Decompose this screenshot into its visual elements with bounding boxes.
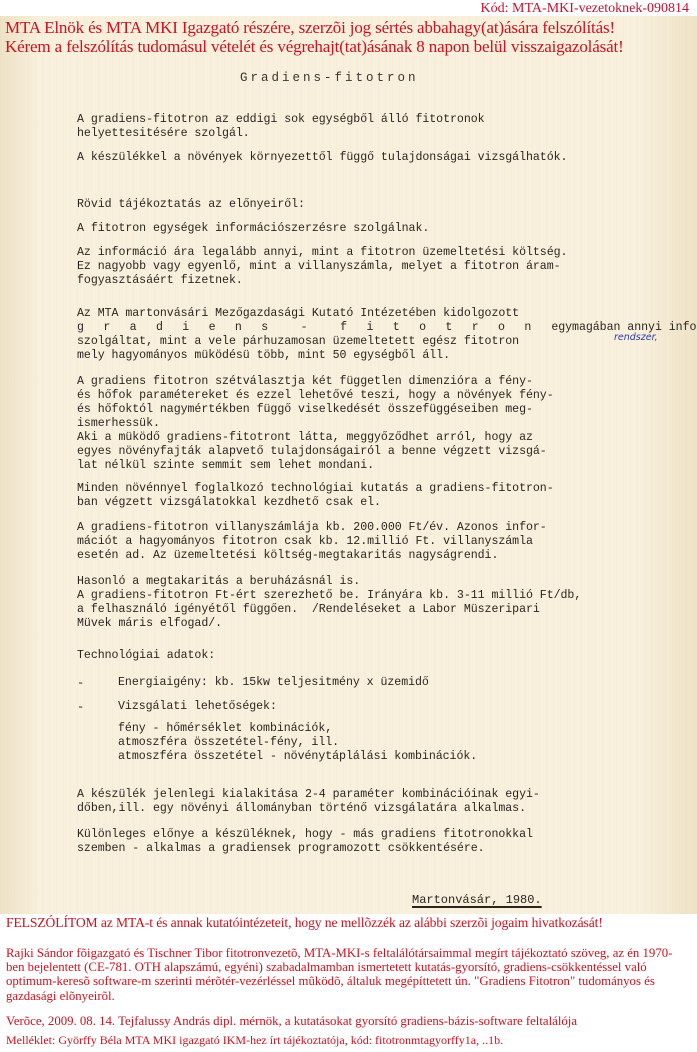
- spaced-title: g r a d i e n s - f i t o t r o n: [77, 321, 538, 334]
- text-line: Ez nagyobb vagy egyenlő, mint a villanys…: [77, 260, 677, 274]
- place-date-signature: Martonvásár, 1980.: [412, 893, 542, 907]
- text-line: ban végzett vizsgálatokkal kezdhető csak…: [77, 496, 677, 510]
- text-line: mely hagyományos müködésü több, mint 50 …: [77, 349, 677, 363]
- text-line: és hőfok paramétereket és ezzel lehetővé…: [77, 389, 677, 403]
- footer-attachment: Melléklet: Györffy Béla MTA MKI igazgató…: [6, 1033, 696, 1048]
- text-line: lat nélkül szinte semmit sem lehet monda…: [77, 459, 677, 473]
- text-line: A készülék jelenlegi kialakitása 2-4 par…: [77, 788, 677, 802]
- paragraph-investment: Hasonló a megtakaritás a beruházásnál is…: [77, 575, 677, 631]
- demand-line-1: MTA Elnök és MTA MKI Igazgató részére, s…: [5, 18, 697, 37]
- bullet-dash: -: [77, 676, 84, 690]
- text-line: esetén ad. Az üzemeltetési költség-megta…: [77, 549, 677, 563]
- text-line: fogyasztásáért fizetnek.: [77, 274, 677, 288]
- text-line: mációt a hagyományos fitotron csak kb. 1…: [77, 535, 677, 549]
- text-line: Az MTA martonvásári Mezőgazdasági Kutató…: [77, 307, 677, 321]
- tech-item-capabilities: Vizsgálati lehetőségek:: [118, 700, 697, 714]
- paragraph-purpose: A készülékkel a növények környezettől fü…: [77, 151, 677, 165]
- text-line: atmoszféra összetétel - növénytáplálási …: [118, 750, 697, 764]
- text-line: A gradiens-fitotron Ft-ért szerezhető be…: [77, 589, 677, 603]
- text-line: Az információ ára legalább annyi, mint a…: [77, 246, 677, 260]
- tech-item-energy: Energiaigény: kb. 15kw teljesitmény x üz…: [118, 676, 697, 690]
- capabilities-list: fény - hőmérséklet kombinációk,atmoszfér…: [118, 722, 697, 764]
- section-heading-advantages: Rövid tájékoztatás az előnyeiről:: [77, 198, 677, 212]
- text-line: Müvek máris elfogad/.: [77, 617, 677, 631]
- demand-line-2: Kérem a felszólítás tudomásul vételét és…: [5, 37, 697, 56]
- text-line: a felhasználó igényétől függően. /Rendel…: [77, 603, 677, 617]
- paragraph-research: Minden növénnyel foglalkozó technológiai…: [77, 482, 677, 510]
- paragraph-electricity: A gradiens-fitotron villanyszámlája kb. …: [77, 521, 677, 563]
- text-line: A gradiens-fitotron villanyszámlája kb. …: [77, 521, 677, 535]
- text-line: Hasonló a megtakaritás a beruházásnál is…: [77, 575, 677, 589]
- text-line: A gradiens-fitotron az eddigi sok egység…: [77, 113, 677, 127]
- paragraph-special-advantage: Különleges előnye a készüléknek, hogy - …: [77, 828, 677, 856]
- paragraph-institute: Az MTA martonvásári Mezőgazdasági Kutató…: [77, 307, 677, 363]
- text-line: fény - hőmérséklet kombinációk,: [118, 722, 697, 736]
- text-line: dőben,ill. egy növényi állományban törté…: [77, 802, 677, 816]
- text-line: szolgáltat, mint a vele párhuzamosan üze…: [77, 335, 677, 349]
- footer-explanation: Rajki Sándor fõigazgató és Tischner Tibo…: [6, 946, 690, 1003]
- text-line: szemben - alkalmas a gradiensek programo…: [77, 842, 677, 856]
- text-line: g r a d i e n s - f i t o t r o n egymag…: [77, 321, 677, 335]
- text-line: Aki a müködő gradiens-fitotront látta, m…: [77, 431, 677, 445]
- text-line: helyettesitésére szolgál.: [77, 127, 677, 141]
- tech-data-heading: Technológiai adatok:: [77, 649, 677, 663]
- text-line: atmoszféra összetétel-fény, ill.: [118, 736, 697, 750]
- text-line: ismerhessük.: [77, 417, 677, 431]
- paragraph-info: A fitotron egységek információszerzésre …: [77, 222, 677, 236]
- paragraph-cost: Az információ ára legalább annyi, mint a…: [77, 246, 677, 288]
- document-title: Gradiens-fitotron: [240, 71, 697, 85]
- paragraph-dimensions: A gradiens fitotron szétválasztja két fü…: [77, 375, 677, 473]
- handwritten-annotation: rendszer,: [614, 332, 658, 343]
- footer-demand: FELSZÓLÍTOM az MTA-t és annak kutatóinté…: [6, 915, 696, 931]
- text-line: A gradiens fitotron szétválasztja két fü…: [77, 375, 677, 389]
- text-line: egyes növényfajták alapvető tulajdonsága…: [77, 445, 677, 459]
- text-line: és hőfoktól nagymértékben függő viselked…: [77, 403, 677, 417]
- text-line: Minden növénnyel foglalkozó technológiai…: [77, 482, 677, 496]
- text-line: Különleges előnye a készüléknek, hogy - …: [77, 828, 677, 842]
- bullet-dash: -: [77, 700, 84, 714]
- footer-signature: Verõce, 2009. 08. 14. Tejfalussy András …: [6, 1014, 696, 1029]
- paragraph-configuration: A készülék jelenlegi kialakitása 2-4 par…: [77, 788, 677, 816]
- demand-header: MTA Elnök és MTA MKI Igazgató részére, s…: [0, 18, 697, 56]
- paragraph-intro: A gradiens-fitotron az eddigi sok egység…: [77, 113, 677, 141]
